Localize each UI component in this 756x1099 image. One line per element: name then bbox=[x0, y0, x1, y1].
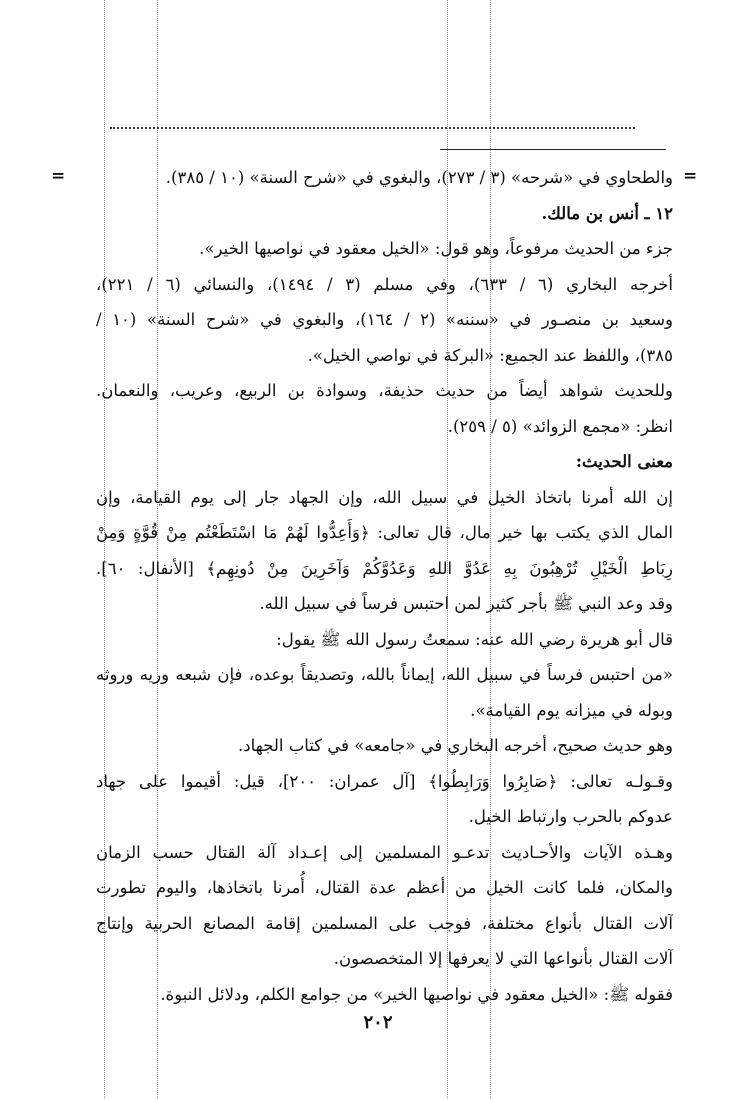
text-line: آلات القتال بأنواع مختلفة، فوجب على المس… bbox=[96, 906, 673, 942]
text-line: وسعيد بن منصـور في «سننه» (٢ / ١٦٤)، وال… bbox=[96, 302, 673, 338]
text-line: المال الذي يكتب بها خير مال، قال تعالى: … bbox=[96, 515, 673, 551]
text-line: انظر: «مجمع الزوائد» (٥ / ٢٥٩). bbox=[96, 409, 673, 445]
text-line: والطحاوي في «شرحه» (٣ / ٢٧٣)، والبغوي في… bbox=[96, 160, 673, 196]
text-line: عدوكم بالحرب وارتباط الخيل. bbox=[96, 799, 673, 835]
text-line: وقد وعد النبي ﷺ بأجر كثير لمن احتبس فرسا… bbox=[96, 586, 673, 622]
text-line: وهو حديث صحيح، أخرجه البخاري في «جامعه» … bbox=[96, 728, 673, 764]
margin-mark-left: = bbox=[51, 168, 65, 185]
section-heading: معنى الحديث: bbox=[96, 444, 673, 480]
text-line: والمكان، فلما كانت الخيل من أعظم عدة الق… bbox=[96, 870, 673, 906]
header-dotted-rule bbox=[110, 127, 635, 129]
text-line: أخرجه البخاري (٦ / ٦٣٣)، وفي مسلم (٣ / ١… bbox=[96, 267, 673, 303]
text-line: «من احتبس فرساً في سبيل الله، إيماناً با… bbox=[96, 657, 673, 693]
margin-mark-right: = bbox=[683, 168, 697, 185]
text-line: وهـذه الآيات والأحـاديث تدعـو المسلمين إ… bbox=[96, 835, 673, 871]
page-number: ٢٠٢ bbox=[0, 1012, 756, 1033]
text-line: وللحديث شواهد أيضاً من حديث حذيفة، وسواد… bbox=[96, 373, 673, 409]
section-heading: ١٢ ـ أنس بن مالك. bbox=[96, 196, 673, 232]
text-line: وبوله في ميزانه يوم القيامة». bbox=[96, 693, 673, 729]
text-line: آلات القتال بأنواعها التي لا يعرفها إلا … bbox=[96, 941, 673, 977]
text-line: فقوله ﷺ: «الخيل معقود في نواصيها الخير» … bbox=[96, 977, 673, 1013]
text-line: جزء من الحديث مرفوعاً، وهو قول: «الخيل م… bbox=[96, 231, 673, 267]
page-body-text: والطحاوي في «شرحه» (٣ / ٢٧٣)، والبغوي في… bbox=[96, 160, 673, 1012]
text-line: وقـولـه تعالى: ﴿صَابِرُوا وَرَابِطُوا﴾ [… bbox=[96, 764, 673, 800]
text-line: رِبَاطِ الْخَيْلِ تُرْهِبُونَ بِهِ عَدُو… bbox=[96, 551, 673, 587]
text-line: قال أبو هريرة رضي الله عنه: سمعتُ رسول ا… bbox=[96, 622, 673, 658]
footnote-separator-rule bbox=[440, 149, 666, 150]
text-line: ٣٨٥)، واللفظ عند الجميع: «البركة في نواص… bbox=[96, 338, 673, 374]
text-line: إن الله أمرنا باتخاذ الخيل في سبيل الله،… bbox=[96, 480, 673, 516]
